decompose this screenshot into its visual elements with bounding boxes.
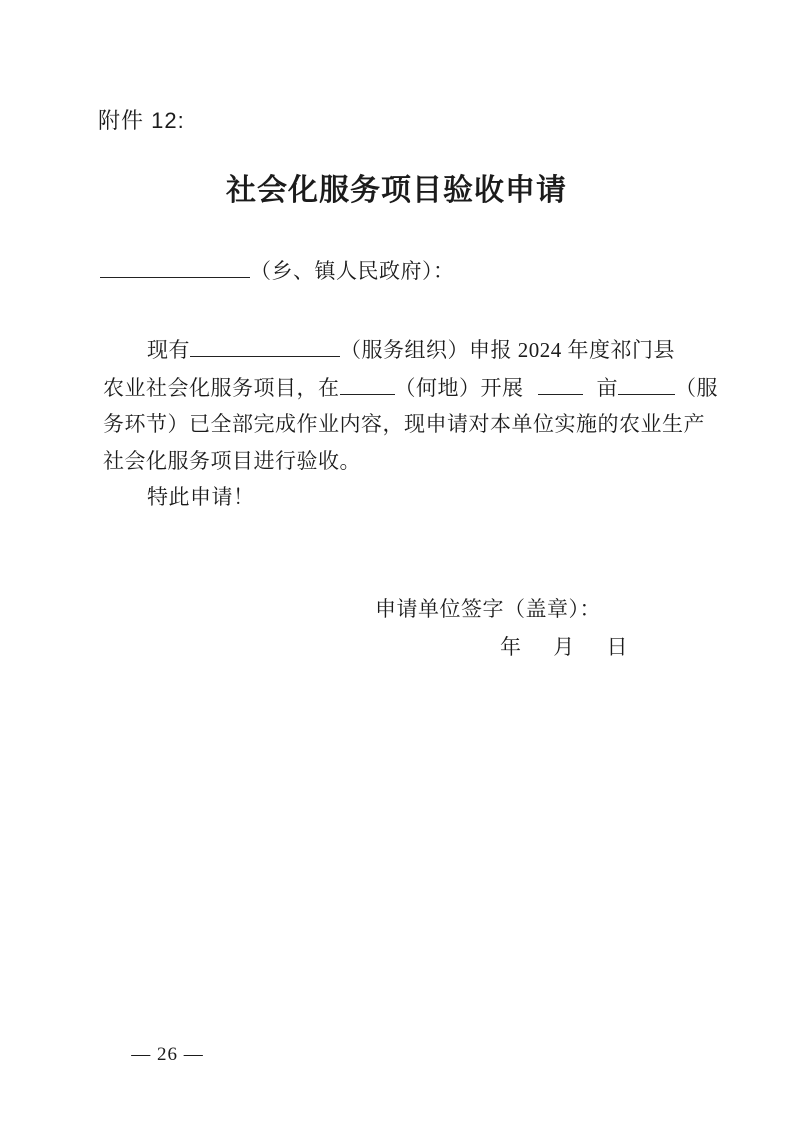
body-line-2-seg2: （何地）开展 [395, 376, 524, 400]
location-blank [340, 373, 395, 395]
salutation-line: （乡、镇人民政府）： [100, 256, 455, 286]
body-line-1-suffix: （服务组织）申报 2024 年度祁门县 [340, 338, 675, 362]
body-line-2-seg4: （服 [675, 376, 718, 400]
date-line: 年 月 日 [500, 632, 628, 662]
page-number: — 26 — [125, 1042, 210, 1068]
date-day-label: 日 [607, 632, 629, 662]
attachment-label: 附件 12: [98, 106, 185, 136]
body-line-3: 务环节）已全部完成作业内容，现申请对本单位实施的农业生产 [103, 409, 705, 439]
body-line-1-prefix: 现有 [147, 338, 190, 362]
government-name-blank [100, 256, 250, 278]
service-stage-blank [618, 373, 675, 395]
area-blank [538, 373, 583, 395]
body-line-2: 农业社会化服务项目，在（何地）开展亩（服 [103, 373, 718, 403]
body-line-1: 现有（服务组织）申报 2024 年度祁门县 [147, 335, 675, 365]
signature-label: 申请单位签字（盖章）： [375, 594, 601, 624]
closing-statement: 特此申请！ [147, 482, 255, 512]
body-line-2-seg3: 亩 [597, 376, 619, 400]
salutation-text: （乡、镇人民政府）： [250, 259, 455, 283]
service-organization-blank [190, 335, 340, 357]
document-title: 社会化服务项目验收申请 [0, 171, 793, 211]
date-month-label: 月 [553, 632, 575, 662]
document-page: 附件 12: 社会化服务项目验收申请 （乡、镇人民政府）： 现有（服务组织）申报… [0, 0, 793, 1122]
date-year-label: 年 [500, 632, 522, 662]
body-line-4: 社会化服务项目进行验收。 [103, 446, 361, 476]
body-line-2-seg1: 农业社会化服务项目，在 [103, 376, 340, 400]
